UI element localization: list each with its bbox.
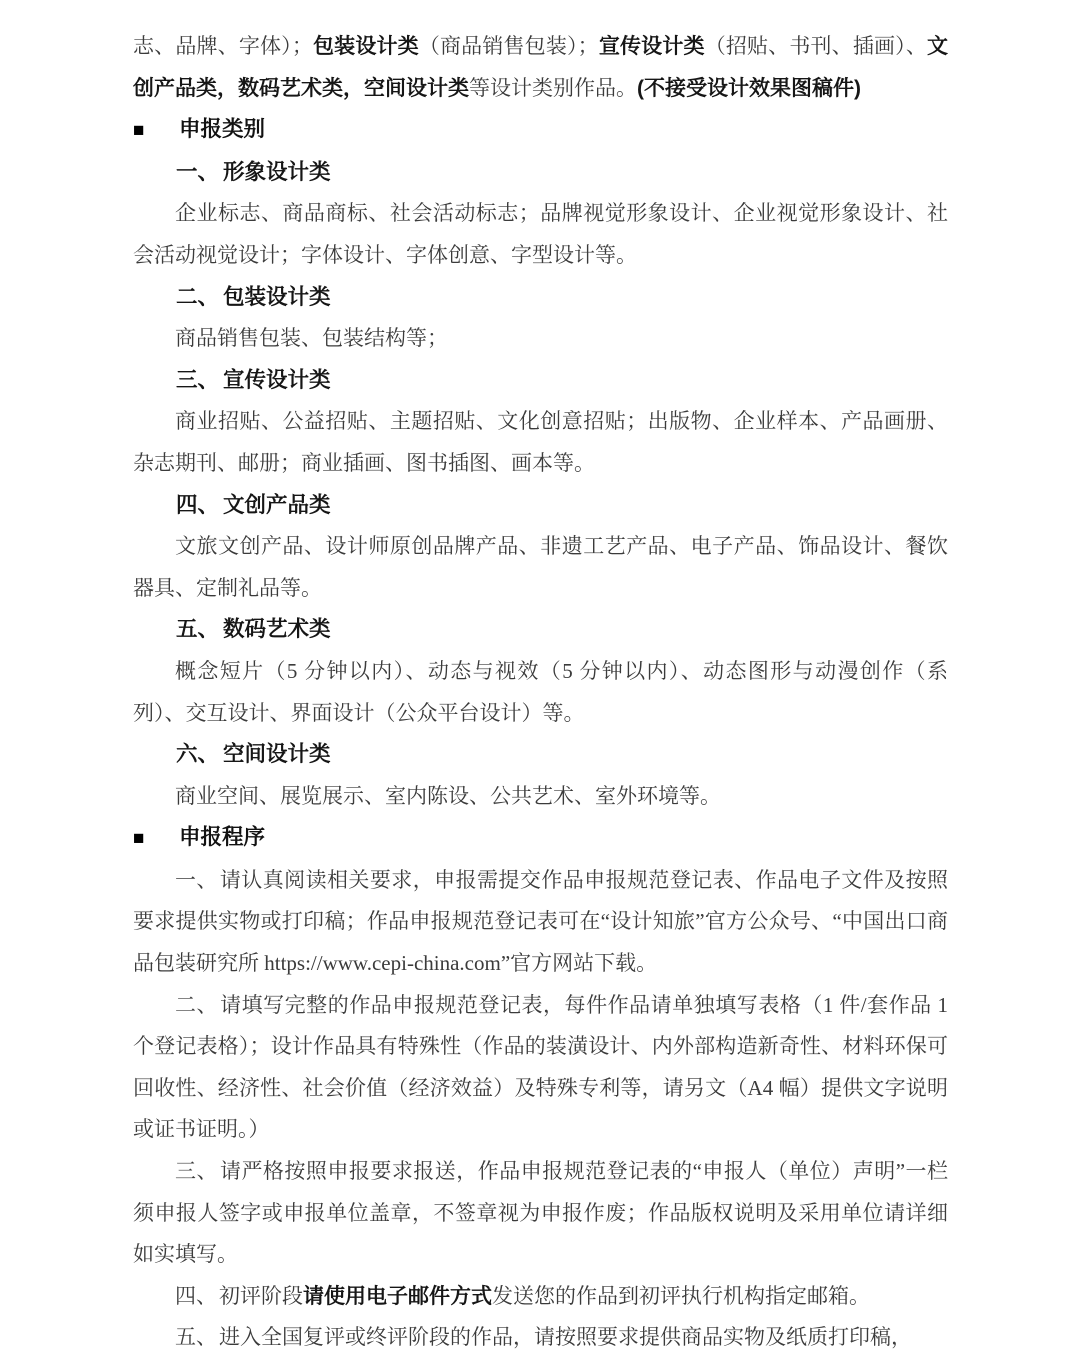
category-title: 包装设计类 bbox=[223, 285, 331, 309]
step-text: ”官方网站下载。 bbox=[501, 951, 657, 975]
step-number: 三、 bbox=[175, 1159, 218, 1183]
category-number: 二、 bbox=[176, 285, 219, 309]
step-number: 一、 bbox=[175, 868, 218, 892]
intro-run: （招贴、书刊、插画）、 bbox=[705, 34, 927, 58]
category-number: 五、 bbox=[176, 617, 219, 641]
square-bullet-icon: ■ bbox=[133, 818, 179, 860]
intro-paragraph: 志、品牌、字体）；包装设计类（商品销售包装）；宣传设计类（招贴、书刊、插画）、文… bbox=[133, 26, 948, 109]
procedure-step: 四、初评阶段请使用电子邮件方式发送您的作品到初评执行机构指定邮箱。 bbox=[133, 1276, 948, 1318]
intro-run-bold: 包装设计类 bbox=[313, 35, 419, 58]
section-title: 申报程序 bbox=[179, 825, 265, 849]
category-description: 商品销售包装、包装结构等； bbox=[133, 318, 948, 360]
step-text: 初评阶段 bbox=[219, 1284, 303, 1308]
category-description: 企业标志、商品商标、社会活动标志；品牌视觉形象设计、企业视觉形象设计、社会活动视… bbox=[133, 193, 948, 276]
category-title: 数码艺术类 bbox=[223, 617, 331, 641]
category-title: 宣传设计类 bbox=[223, 368, 331, 392]
procedure-step: 三、请严格按照申报要求报送，作品申报规范登记表的“申报人（单位）声明”一栏须申报… bbox=[133, 1151, 948, 1276]
cepi-website-url: https://www.cepi-china.com bbox=[264, 951, 501, 975]
step-text: 进入全国复评或终评阶段的作品，请按照要求提供商品实物及纸质打印稿， bbox=[219, 1325, 912, 1349]
section-header-procedure: ■申报程序 bbox=[133, 817, 948, 860]
category-heading: 一、形象设计类 bbox=[133, 152, 948, 194]
category-heading: 六、空间设计类 bbox=[133, 734, 948, 776]
intro-run: 等设计类别作品。 bbox=[469, 76, 637, 100]
category-title: 文创产品类 bbox=[223, 493, 331, 517]
procedure-step: 一、请认真阅读相关要求，申报需提交作品申报规范登记表、作品电子文件及按照要求提供… bbox=[133, 860, 948, 985]
category-heading: 五、数码艺术类 bbox=[133, 609, 948, 651]
category-description: 商业空间、展览展示、室内陈设、公共艺术、室外环境等。 bbox=[133, 776, 948, 818]
category-number: 六、 bbox=[176, 742, 219, 766]
category-heading: 四、文创产品类 bbox=[133, 485, 948, 527]
step-number: 五、 bbox=[175, 1325, 217, 1349]
category-number: 三、 bbox=[176, 368, 219, 392]
step-text: 请严格按照申报要求报送，作品申报规范登记表的“申报人（单位）声明”一栏须申报人签… bbox=[133, 1159, 948, 1266]
category-title: 空间设计类 bbox=[223, 742, 331, 766]
category-heading: 三、宣传设计类 bbox=[133, 360, 948, 402]
step-number: 二、 bbox=[175, 993, 218, 1017]
procedure-step: 二、请填写完整的作品申报规范登记表，每件作品请单独填写表格（1 件/套作品 1 … bbox=[133, 985, 948, 1151]
category-title: 形象设计类 bbox=[223, 160, 331, 184]
step-text: 发送您的作品到初评执行机构指定邮箱。 bbox=[492, 1284, 870, 1308]
section-title: 申报类别 bbox=[179, 117, 265, 141]
step-text: 请填写完整的作品申报规范登记表，每件作品请单独填写表格（1 件/套作品 1 个登… bbox=[133, 993, 948, 1142]
procedure-step: 五、进入全国复评或终评阶段的作品，请按照要求提供商品实物及纸质打印稿， bbox=[133, 1317, 948, 1359]
intro-run-bold: 宣传设计类 bbox=[599, 35, 705, 58]
category-description: 文旅文创产品、设计师原创品牌产品、非遗工艺产品、电子产品、饰品设计、餐饮器具、定… bbox=[133, 526, 948, 609]
square-bullet-icon: ■ bbox=[133, 110, 179, 152]
intro-run: （商品销售包装）； bbox=[419, 34, 599, 58]
category-number: 四、 bbox=[176, 493, 219, 517]
category-number: 一、 bbox=[176, 160, 219, 184]
category-description: 概念短片（5 分钟以内）、动态与视效（5 分钟以内）、动态图形与动漫创作（系列）… bbox=[133, 651, 948, 734]
section-header-categories: ■申报类别 bbox=[133, 109, 948, 152]
category-heading: 二、包装设计类 bbox=[133, 277, 948, 319]
document-page: 志、品牌、字体）；包装设计类（商品销售包装）；宣传设计类（招贴、书刊、插画）、文… bbox=[0, 0, 1080, 1368]
intro-run: 志、品牌、字体）； bbox=[133, 34, 313, 58]
step-number: 四、 bbox=[175, 1284, 217, 1308]
intro-run-bold: (不接受设计效果图稿件) bbox=[637, 77, 861, 100]
step-text-bold: 请使用电子邮件方式 bbox=[303, 1285, 492, 1308]
category-description: 商业招贴、公益招贴、主题招贴、文化创意招贴；出版物、企业样本、产品画册、杂志期刊… bbox=[133, 401, 948, 484]
